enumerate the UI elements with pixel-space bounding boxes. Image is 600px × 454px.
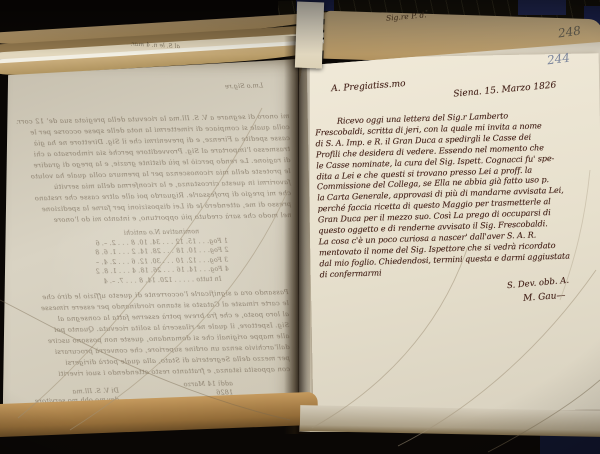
letter-dateline: Siena. 15. Marzo 1826: [453, 80, 557, 99]
left-page-paragraph-2: Passando ora a significarle l'occorrente…: [10, 287, 290, 381]
left-page-table: nominativa N.o antichi1 Fog. . . 15. 12 …: [61, 226, 262, 288]
left-page: Lm.o Sig.re mi onoro di segnare a V. S. …: [3, 57, 302, 421]
letter-body: Ricevo oggi una lettera del Sig.r Lamber…: [315, 108, 600, 280]
gutter-bookmark: [295, 2, 324, 69]
left-page-paragraph-1: mi onoro di segnare a V. S. Ill.ma la ri…: [11, 111, 291, 227]
folio-number-244: 244: [546, 51, 570, 68]
letter-signature: M. Gau—: [523, 291, 566, 304]
cover-blue-patch: [540, 434, 600, 454]
photo-open-letterbook: al S. le n. 4 mar. Lm.o Sig.re mi onoro …: [0, 0, 600, 454]
letter-closing: S. Dev. obb. A.: [507, 276, 570, 291]
book-gutter-shadow: [284, 36, 310, 434]
letter-salutation: A. Pregiatiss.mo: [331, 79, 406, 94]
right-page: A. Pregiatiss.mo Siena. 15. Marzo 1826 R…: [299, 34, 600, 432]
left-page-top-scribble: Lm.o Sig.re: [183, 81, 263, 91]
cover-blue-patch: [518, 0, 566, 15]
page-edge-bottom-right: [300, 405, 600, 437]
letter-sheet: A. Pregiatiss.mo Siena. 15. Marzo 1826 R…: [307, 53, 600, 415]
